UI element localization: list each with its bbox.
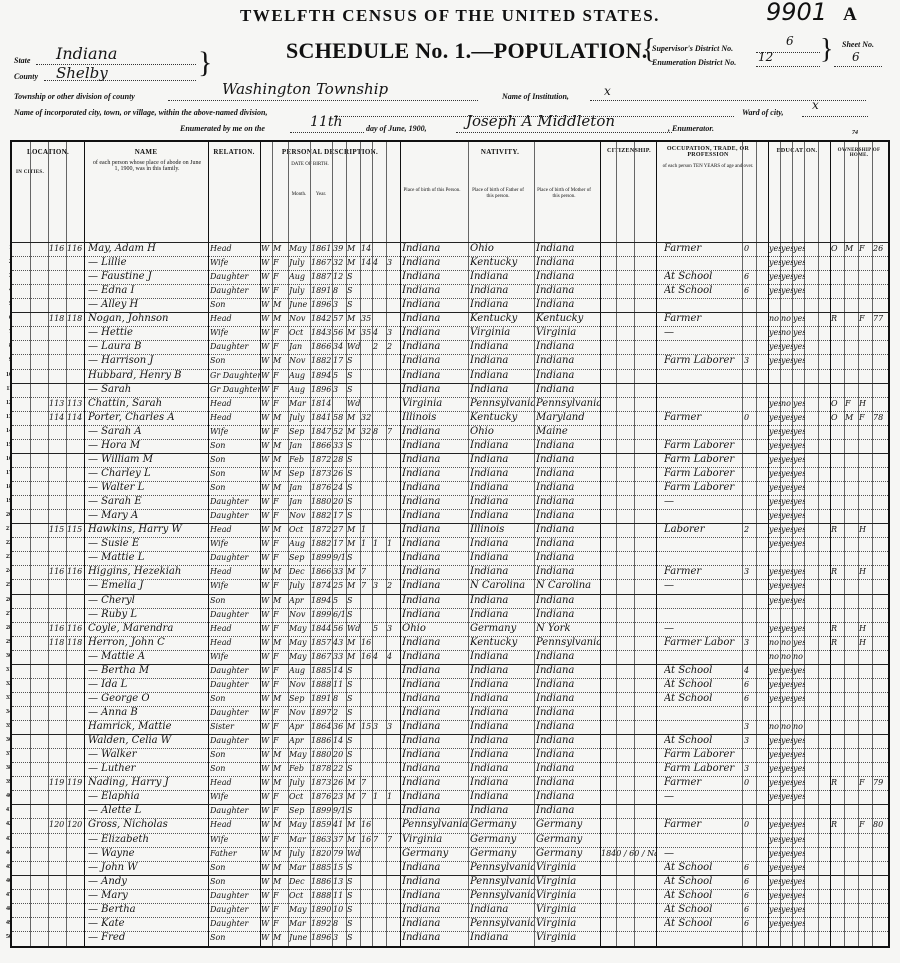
- birthplace-father: Indiana: [470, 733, 534, 748]
- relation: Sister: [210, 719, 260, 734]
- farm-schedule-number: 78: [873, 410, 888, 425]
- can-read: yes: [769, 593, 781, 608]
- birthplace-mother: N York: [536, 621, 600, 636]
- township-label: Township or other division of county: [14, 92, 135, 101]
- children-born: 7: [373, 832, 386, 847]
- can-write: no: [781, 719, 793, 734]
- relation: Son: [210, 874, 260, 889]
- relation: Son: [210, 480, 260, 495]
- free-or-mortgaged: F: [845, 396, 858, 411]
- race: W: [261, 368, 272, 383]
- birth-month: Dec: [289, 874, 310, 889]
- marital-status: Wd: [347, 339, 360, 354]
- months-unemployed: 3: [744, 733, 756, 748]
- birthplace-mother: Indiana: [536, 719, 600, 734]
- dwelling-number: 119: [49, 775, 66, 790]
- occupation: —: [664, 578, 742, 593]
- row-number: 13: [4, 414, 12, 420]
- person-name: Gross, Nicholas: [88, 817, 208, 832]
- birthplace-mother: Germany: [536, 817, 600, 832]
- age: 32: [333, 255, 346, 270]
- birth-month: Jan: [289, 494, 310, 509]
- children-living: 3: [387, 621, 400, 636]
- row-number: 1: [4, 245, 12, 251]
- birth-month: July: [289, 255, 310, 270]
- birthplace-mother: Indiana: [536, 733, 600, 748]
- speaks-english: yes: [793, 536, 805, 551]
- enumerator-name: Joseph A Middleton: [466, 112, 615, 130]
- birth-year: 1859: [311, 817, 332, 832]
- race: W: [261, 339, 272, 354]
- city-label: Name of incorporated city, town, or vill…: [14, 108, 267, 117]
- age: 41: [333, 817, 346, 832]
- birth-year: 1861: [311, 241, 332, 256]
- person-name: — Edna I: [88, 283, 208, 298]
- birthplace-mother: Indiana: [536, 480, 600, 495]
- birthplace-mother: Indiana: [536, 339, 600, 354]
- birth-year: 1888: [311, 888, 332, 903]
- occupation: At School: [664, 663, 742, 678]
- person-name: Chattin, Sarah: [88, 396, 208, 411]
- row-number: 18: [4, 484, 12, 490]
- marital-status: S: [347, 691, 360, 706]
- occupation: At School: [664, 283, 742, 298]
- birth-month: Jan: [289, 480, 310, 495]
- birthplace-mother: Indiana: [536, 269, 600, 284]
- speaks-english: yes: [793, 916, 805, 931]
- months-unemployed: 4: [744, 663, 756, 678]
- age: 33: [333, 564, 346, 579]
- birth-year: 1885: [311, 860, 332, 875]
- dwelling-number: 116: [49, 564, 66, 579]
- relation: Son: [210, 297, 260, 312]
- age: 2: [333, 705, 346, 720]
- marital-status: M: [347, 719, 360, 734]
- can-read: no: [769, 311, 781, 326]
- marital-status: Wd: [347, 846, 360, 861]
- race: W: [261, 846, 272, 861]
- occupation: —: [664, 846, 742, 861]
- race: W: [261, 536, 272, 551]
- sex: M: [273, 480, 288, 495]
- person-name: — Kate: [88, 916, 208, 931]
- free-or-mortgaged: M: [845, 410, 858, 425]
- age: 26: [333, 466, 346, 481]
- birthplace-person: Indiana: [402, 424, 468, 439]
- marital-status: M: [347, 564, 360, 579]
- marital-status: S: [347, 860, 360, 875]
- birthplace-person: Indiana: [402, 691, 468, 706]
- speaks-english: yes: [793, 522, 805, 537]
- family-number: 114: [67, 410, 84, 425]
- speaks-english: yes: [793, 874, 805, 889]
- relation: Daughter: [210, 677, 260, 692]
- children-born: 1: [373, 536, 386, 551]
- person-name: — Hettie: [88, 325, 208, 340]
- birthplace-mother: N Carolina: [536, 578, 600, 593]
- marital-status: M: [347, 649, 360, 664]
- birthplace-mother: Indiana: [536, 803, 600, 818]
- birth-year: 1843: [311, 325, 332, 340]
- marital-status: S: [347, 902, 360, 917]
- birth-year: 1814: [311, 396, 332, 411]
- race: W: [261, 832, 272, 847]
- row-number: 48: [4, 906, 12, 912]
- dwelling-number: 120: [49, 817, 66, 832]
- birth-person-heading: Place of birth of this Person.: [402, 188, 462, 194]
- birth-year: 1872: [311, 522, 332, 537]
- birthplace-person: Indiana: [402, 241, 468, 256]
- occupation: At School: [664, 269, 742, 284]
- supervisor-district: 6: [786, 34, 794, 48]
- can-read: yes: [769, 480, 781, 495]
- row-number: 12: [4, 400, 12, 406]
- race: W: [261, 663, 272, 678]
- can-read: yes: [769, 466, 781, 481]
- birth-year: 1899: [311, 803, 332, 818]
- birthplace-person: Virginia: [402, 396, 468, 411]
- race: W: [261, 705, 272, 720]
- age: 36: [333, 719, 346, 734]
- person-name: — Alley H: [88, 297, 208, 312]
- birthplace-mother: Indiana: [536, 297, 600, 312]
- birthplace-mother: Virginia: [536, 902, 600, 917]
- occupation: At School: [664, 733, 742, 748]
- can-read: yes: [769, 621, 781, 636]
- age: 26: [333, 775, 346, 790]
- race: W: [261, 410, 272, 425]
- can-read: yes: [769, 761, 781, 776]
- farm-schedule-number: 79: [873, 775, 888, 790]
- occupation: At School: [664, 874, 742, 889]
- farm-schedule-number: 26: [873, 241, 888, 256]
- family-number: 116: [67, 621, 84, 636]
- occupation: At School: [664, 860, 742, 875]
- birthplace-person: Indiana: [402, 508, 468, 523]
- race: W: [261, 522, 272, 537]
- marital-status: M: [347, 325, 360, 340]
- row-number: 33: [4, 695, 12, 701]
- can-write: yes: [781, 733, 793, 748]
- can-write: yes: [781, 832, 793, 847]
- birthplace-person: Indiana: [402, 860, 468, 875]
- sex: F: [273, 283, 288, 298]
- farm-or-house: F: [859, 410, 872, 425]
- years-married: 16: [361, 832, 372, 847]
- person-name: Higgins, Hezekiah: [88, 564, 208, 579]
- person-name: Hubbard, Henry B: [88, 368, 208, 383]
- age: 20: [333, 494, 346, 509]
- can-write: yes: [781, 888, 793, 903]
- row-number: 8: [4, 343, 12, 349]
- person-name: — Cheryl: [88, 593, 208, 608]
- birth-month: Oct: [289, 325, 310, 340]
- occupation: Farm Laborer: [664, 761, 742, 776]
- speaks-english: yes: [793, 466, 805, 481]
- speaks-english: yes: [793, 452, 805, 467]
- row-number: 22: [4, 540, 12, 546]
- can-read: yes: [769, 353, 781, 368]
- can-write: yes: [781, 860, 793, 875]
- race: W: [261, 649, 272, 664]
- birthplace-father: Kentucky: [470, 410, 534, 425]
- occupation: —: [664, 325, 742, 340]
- sex: M: [273, 438, 288, 453]
- birthplace-person: Indiana: [402, 297, 468, 312]
- person-name: — Walker: [88, 747, 208, 762]
- birth-month: May: [289, 649, 310, 664]
- birth-month: June: [289, 297, 310, 312]
- speaks-english: yes: [793, 339, 805, 354]
- birth-year: 1891: [311, 283, 332, 298]
- birthplace-person: Indiana: [402, 705, 468, 720]
- birth-month: Sep: [289, 424, 310, 439]
- person-name: — Susie E: [88, 536, 208, 551]
- birthplace-person: Indiana: [402, 311, 468, 326]
- birthplace-mother: Virginia: [536, 930, 600, 945]
- farm-schedule-number: 80: [873, 817, 888, 832]
- person-name: — Ida L: [88, 677, 208, 692]
- race: W: [261, 578, 272, 593]
- population-table: LOCATION. IN CITIES. NAME of each person…: [10, 140, 890, 948]
- birthplace-father: Indiana: [470, 930, 534, 945]
- can-read: yes: [769, 536, 781, 551]
- row-number: 23: [4, 554, 12, 560]
- birth-year: 1866: [311, 564, 332, 579]
- sex: F: [273, 382, 288, 397]
- race: W: [261, 817, 272, 832]
- relation: Head: [210, 635, 260, 650]
- birth-year: 1894: [311, 593, 332, 608]
- farm-or-house: F: [859, 817, 872, 832]
- can-read: yes: [769, 578, 781, 593]
- birthplace-mother: Indiana: [536, 789, 600, 804]
- months-unemployed: 3: [744, 719, 756, 734]
- row-number: 2: [4, 259, 12, 265]
- age: 5: [333, 593, 346, 608]
- township-value: Washington Township: [222, 80, 388, 98]
- can-read: yes: [769, 339, 781, 354]
- race: W: [261, 803, 272, 818]
- can-read: yes: [769, 817, 781, 832]
- occupation-subheading: of each person TEN YEARS of age and over…: [662, 164, 754, 170]
- race: W: [261, 621, 272, 636]
- relation: Daughter: [210, 550, 260, 565]
- relation: Daughter: [210, 733, 260, 748]
- birth-month: May: [289, 747, 310, 762]
- family-number: 113: [67, 396, 84, 411]
- row-number: 30: [4, 653, 12, 659]
- marital-status: S: [347, 733, 360, 748]
- can-write: yes: [781, 621, 793, 636]
- sex: M: [273, 564, 288, 579]
- can-write: yes: [781, 269, 793, 284]
- speaks-english: yes: [793, 480, 805, 495]
- year-heading: Year.: [310, 192, 332, 198]
- relation: Daughter: [210, 283, 260, 298]
- age: 10: [333, 902, 346, 917]
- birthplace-father: Indiana: [470, 775, 534, 790]
- relation: Daughter: [210, 916, 260, 931]
- birthplace-mother: Indiana: [536, 368, 600, 383]
- sex: F: [273, 649, 288, 664]
- birth-year: 1880: [311, 494, 332, 509]
- person-name: — Ruby L: [88, 607, 208, 622]
- race: W: [261, 691, 272, 706]
- marital-status: S: [347, 607, 360, 622]
- birthplace-father: Indiana: [470, 283, 534, 298]
- relation: Wife: [210, 536, 260, 551]
- birth-month: Dec: [289, 564, 310, 579]
- birth-month: Mar: [289, 396, 310, 411]
- person-name: May, Adam H: [88, 241, 208, 256]
- relation: Daughter: [210, 607, 260, 622]
- birthplace-person: Indiana: [402, 578, 468, 593]
- relation: Son: [210, 452, 260, 467]
- row-number: 29: [4, 639, 12, 645]
- years-married: 35: [361, 311, 372, 326]
- person-name: Herron, John C: [88, 635, 208, 650]
- speaks-english: yes: [793, 311, 805, 326]
- person-name: — Laura B: [88, 339, 208, 354]
- birth-month: Sep: [289, 466, 310, 481]
- birthplace-person: Indiana: [402, 466, 468, 481]
- race: W: [261, 297, 272, 312]
- marital-status: Wd: [347, 621, 360, 636]
- can-write: yes: [781, 283, 793, 298]
- can-read: yes: [769, 564, 781, 579]
- row-number: 39: [4, 779, 12, 785]
- can-read: yes: [769, 846, 781, 861]
- age: 11: [333, 677, 346, 692]
- birth-month: Mar: [289, 860, 310, 875]
- occupation: Laborer: [664, 522, 742, 537]
- can-write: no: [781, 311, 793, 326]
- sex: F: [273, 621, 288, 636]
- birthplace-person: Indiana: [402, 269, 468, 284]
- row-number: 17: [4, 470, 12, 476]
- marital-status: S: [347, 550, 360, 565]
- months-unemployed: 6: [744, 860, 756, 875]
- birthplace-person: Indiana: [402, 874, 468, 889]
- months-unemployed: 3: [744, 635, 756, 650]
- owned-or-rented: R: [831, 817, 844, 832]
- can-write: yes: [781, 874, 793, 889]
- birthplace-mother: Indiana: [536, 283, 600, 298]
- birthplace-person: Indiana: [402, 916, 468, 931]
- birthplace-person: Indiana: [402, 789, 468, 804]
- person-name: — Bertha M: [88, 663, 208, 678]
- age: 8: [333, 691, 346, 706]
- birthplace-mother: Indiana: [536, 466, 600, 481]
- owned-or-rented: O: [831, 241, 844, 256]
- person-name: Coyle, Marendra: [88, 621, 208, 636]
- birthplace-person: Indiana: [402, 550, 468, 565]
- sex: M: [273, 466, 288, 481]
- relation: Son: [210, 353, 260, 368]
- sheet-label: Sheet No.: [842, 40, 874, 49]
- birth-month: Apr: [289, 593, 310, 608]
- person-name: — Sarah: [88, 382, 208, 397]
- children-living: 2: [387, 339, 400, 354]
- stamp-letter: A: [843, 4, 857, 26]
- relation: Wife: [210, 649, 260, 664]
- enumerated-day: 11th: [310, 114, 342, 130]
- birthplace-person: Indiana: [402, 761, 468, 776]
- dwelling-number: 113: [49, 396, 66, 411]
- birth-year: 1820: [311, 846, 332, 861]
- birthplace-father: Ohio: [470, 241, 534, 256]
- birthplace-father: Indiana: [470, 480, 534, 495]
- age: 43: [333, 635, 346, 650]
- owned-or-rented: R: [831, 311, 844, 326]
- race: W: [261, 325, 272, 340]
- age: 33: [333, 649, 346, 664]
- birthplace-person: Indiana: [402, 677, 468, 692]
- row-number: 21: [4, 526, 12, 532]
- row-number: 6: [4, 315, 12, 321]
- marital-status: M: [347, 410, 360, 425]
- age: 8: [333, 283, 346, 298]
- sex: F: [273, 663, 288, 678]
- birthplace-father: Kentucky: [470, 255, 534, 270]
- marital-status: M: [347, 578, 360, 593]
- marital-status: S: [347, 705, 360, 720]
- sex: M: [273, 775, 288, 790]
- can-read: yes: [769, 241, 781, 256]
- speaks-english: yes: [793, 593, 805, 608]
- person-name: — Lillie: [88, 255, 208, 270]
- birthplace-father: Indiana: [470, 663, 534, 678]
- row-number: 43: [4, 836, 12, 842]
- person-name: Walden, Celia W: [88, 733, 208, 748]
- birth-month: June: [289, 930, 310, 945]
- months-unemployed: 3: [744, 761, 756, 776]
- years-married: 16: [361, 817, 372, 832]
- row-number: 46: [4, 878, 12, 884]
- dwelling-number: 115: [49, 522, 66, 537]
- relation: Son: [210, 593, 260, 608]
- birthplace-father: Indiana: [470, 368, 534, 383]
- children-living: 2: [387, 578, 400, 593]
- birthplace-father: Pennsylvania: [470, 874, 534, 889]
- speaks-english: yes: [793, 888, 805, 903]
- can-write: yes: [781, 761, 793, 776]
- age: 57: [333, 311, 346, 326]
- person-name: — George O: [88, 691, 208, 706]
- marital-status: S: [347, 930, 360, 945]
- birth-month: Mar: [289, 832, 310, 847]
- race: W: [261, 761, 272, 776]
- birth-month: May: [289, 635, 310, 650]
- speaks-english: yes: [793, 677, 805, 692]
- occupation: Farm Laborer: [664, 452, 742, 467]
- marital-status: S: [347, 888, 360, 903]
- speaks-english: yes: [793, 508, 805, 523]
- marital-status: S: [347, 747, 360, 762]
- row-number: 36: [4, 737, 12, 743]
- birthplace-father: Indiana: [470, 747, 534, 762]
- birth-month: Aug: [289, 663, 310, 678]
- county-label: County: [14, 72, 38, 81]
- relation: Daughter: [210, 902, 260, 917]
- birthplace-father: Indiana: [470, 719, 534, 734]
- birthplace-person: Indiana: [402, 536, 468, 551]
- birth-mother-heading: Place of birth of Mother of this person.: [534, 188, 594, 200]
- stamp-number: 9901: [766, 0, 827, 26]
- relation: Daughter: [210, 705, 260, 720]
- can-write: yes: [781, 916, 793, 931]
